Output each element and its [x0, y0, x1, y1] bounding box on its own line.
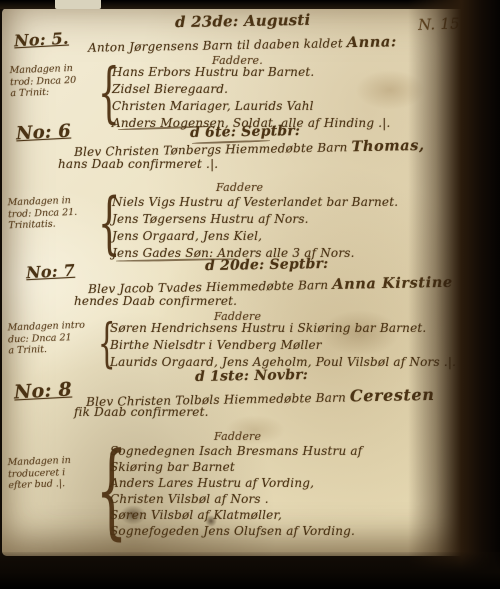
page-tab: [55, 0, 101, 9]
godparent-line: Birthe Nielsdtr i Vendberg Møller: [110, 337, 456, 354]
godparent-line: Christen Mariager, Laurids Vahl: [112, 98, 391, 115]
entry-6-godparent-list: Niels Vigs Hustru af Vesterlandet bar Ba…: [112, 194, 398, 262]
photo-edge-bottom: [0, 552, 500, 589]
entry-7-title-line2: hendes Daab confirmeret.: [74, 294, 237, 308]
book-binding: [408, 0, 500, 589]
godparent-line: Christen Vilsbøl af Nors .: [110, 491, 362, 507]
godparent-line: Jens Tøgersens Hustru af Nors.: [112, 211, 398, 228]
margin-line: a Trinit:: [10, 86, 77, 100]
entry-6-date: d 6te: Septbr:: [190, 123, 300, 141]
entry-6-number: No: 6: [15, 121, 71, 145]
entry-5-child-name: Anna:: [343, 33, 397, 51]
page-date-header: d 23de: Augusti: [175, 11, 311, 31]
manuscript-photo: d 23de: Augusti N. 15. No: 5. Anton Jørg…: [0, 0, 500, 589]
godparent-line: Søren Hendrichsens Hustru i Skiøring bar…: [110, 320, 456, 337]
godparent-line: Zidsel Bieregaard.: [112, 81, 391, 98]
entry-8-number: No: 8: [13, 379, 72, 404]
entry-7-number: No: 7: [26, 261, 76, 283]
entry-7-margin-note: Mandagen intro duc: Dnca 21 a Trinit.: [7, 320, 86, 357]
godparent-line: Hans Erbors Hustru bar Barnet.: [112, 64, 391, 81]
entry-8-godparent-list: Sognedegnen Isach Bresmans Hustru af Ski…: [110, 443, 362, 539]
entry-8-title-line2: fik Daab confirmeret.: [74, 405, 209, 419]
entry-8-margin-note: Mandagen in troduceret i efter bud .|.: [7, 455, 71, 492]
entry-5-godparent-list: Hans Erbors Hustru bar Barnet. Zidsel Bi…: [112, 64, 391, 132]
entry-8-date: d 1ste: Novbr:: [195, 367, 308, 385]
entry-8-faddere-label: Faddere: [214, 430, 261, 443]
margin-line: Trinitatis.: [8, 218, 78, 232]
margin-line: efter bud .|.: [8, 478, 72, 492]
godparent-line: Søren Vilsbøl af Klatmøller,: [110, 507, 362, 523]
entry-6-faddere-label: Faddere: [216, 181, 263, 194]
godparent-line: Sognefogeden Jens Olufsen af Vording.: [110, 523, 362, 539]
entry-6-title-line2: hans Daab confirmeret .|.: [58, 157, 218, 171]
godparent-line: Anders Lares Hustru af Vording,: [110, 475, 362, 491]
godparent-line: Skiøring bar Barnet: [110, 459, 362, 475]
entry-6-margin-note: Mandagen in trod: Dnca 21. Trinitatis.: [7, 195, 77, 232]
godparent-line: Sognedegnen Isach Bresmans Hustru af: [110, 443, 362, 459]
entry-5-margin-note: Mandagen in trod: Dnca 20 a Trinit:: [9, 63, 76, 100]
entry-7-godparent-list: Søren Hendrichsens Hustru i Skiøring bar…: [110, 320, 456, 371]
entry-5-number: No: 5.: [14, 29, 70, 51]
godparent-line: Jens Orgaard, Jens Kiel,: [112, 228, 398, 245]
godparent-line: Niels Vigs Hustru af Vesterlandet bar Ba…: [112, 194, 398, 211]
entry-7-date: d 20de: Septbr:: [205, 256, 329, 274]
